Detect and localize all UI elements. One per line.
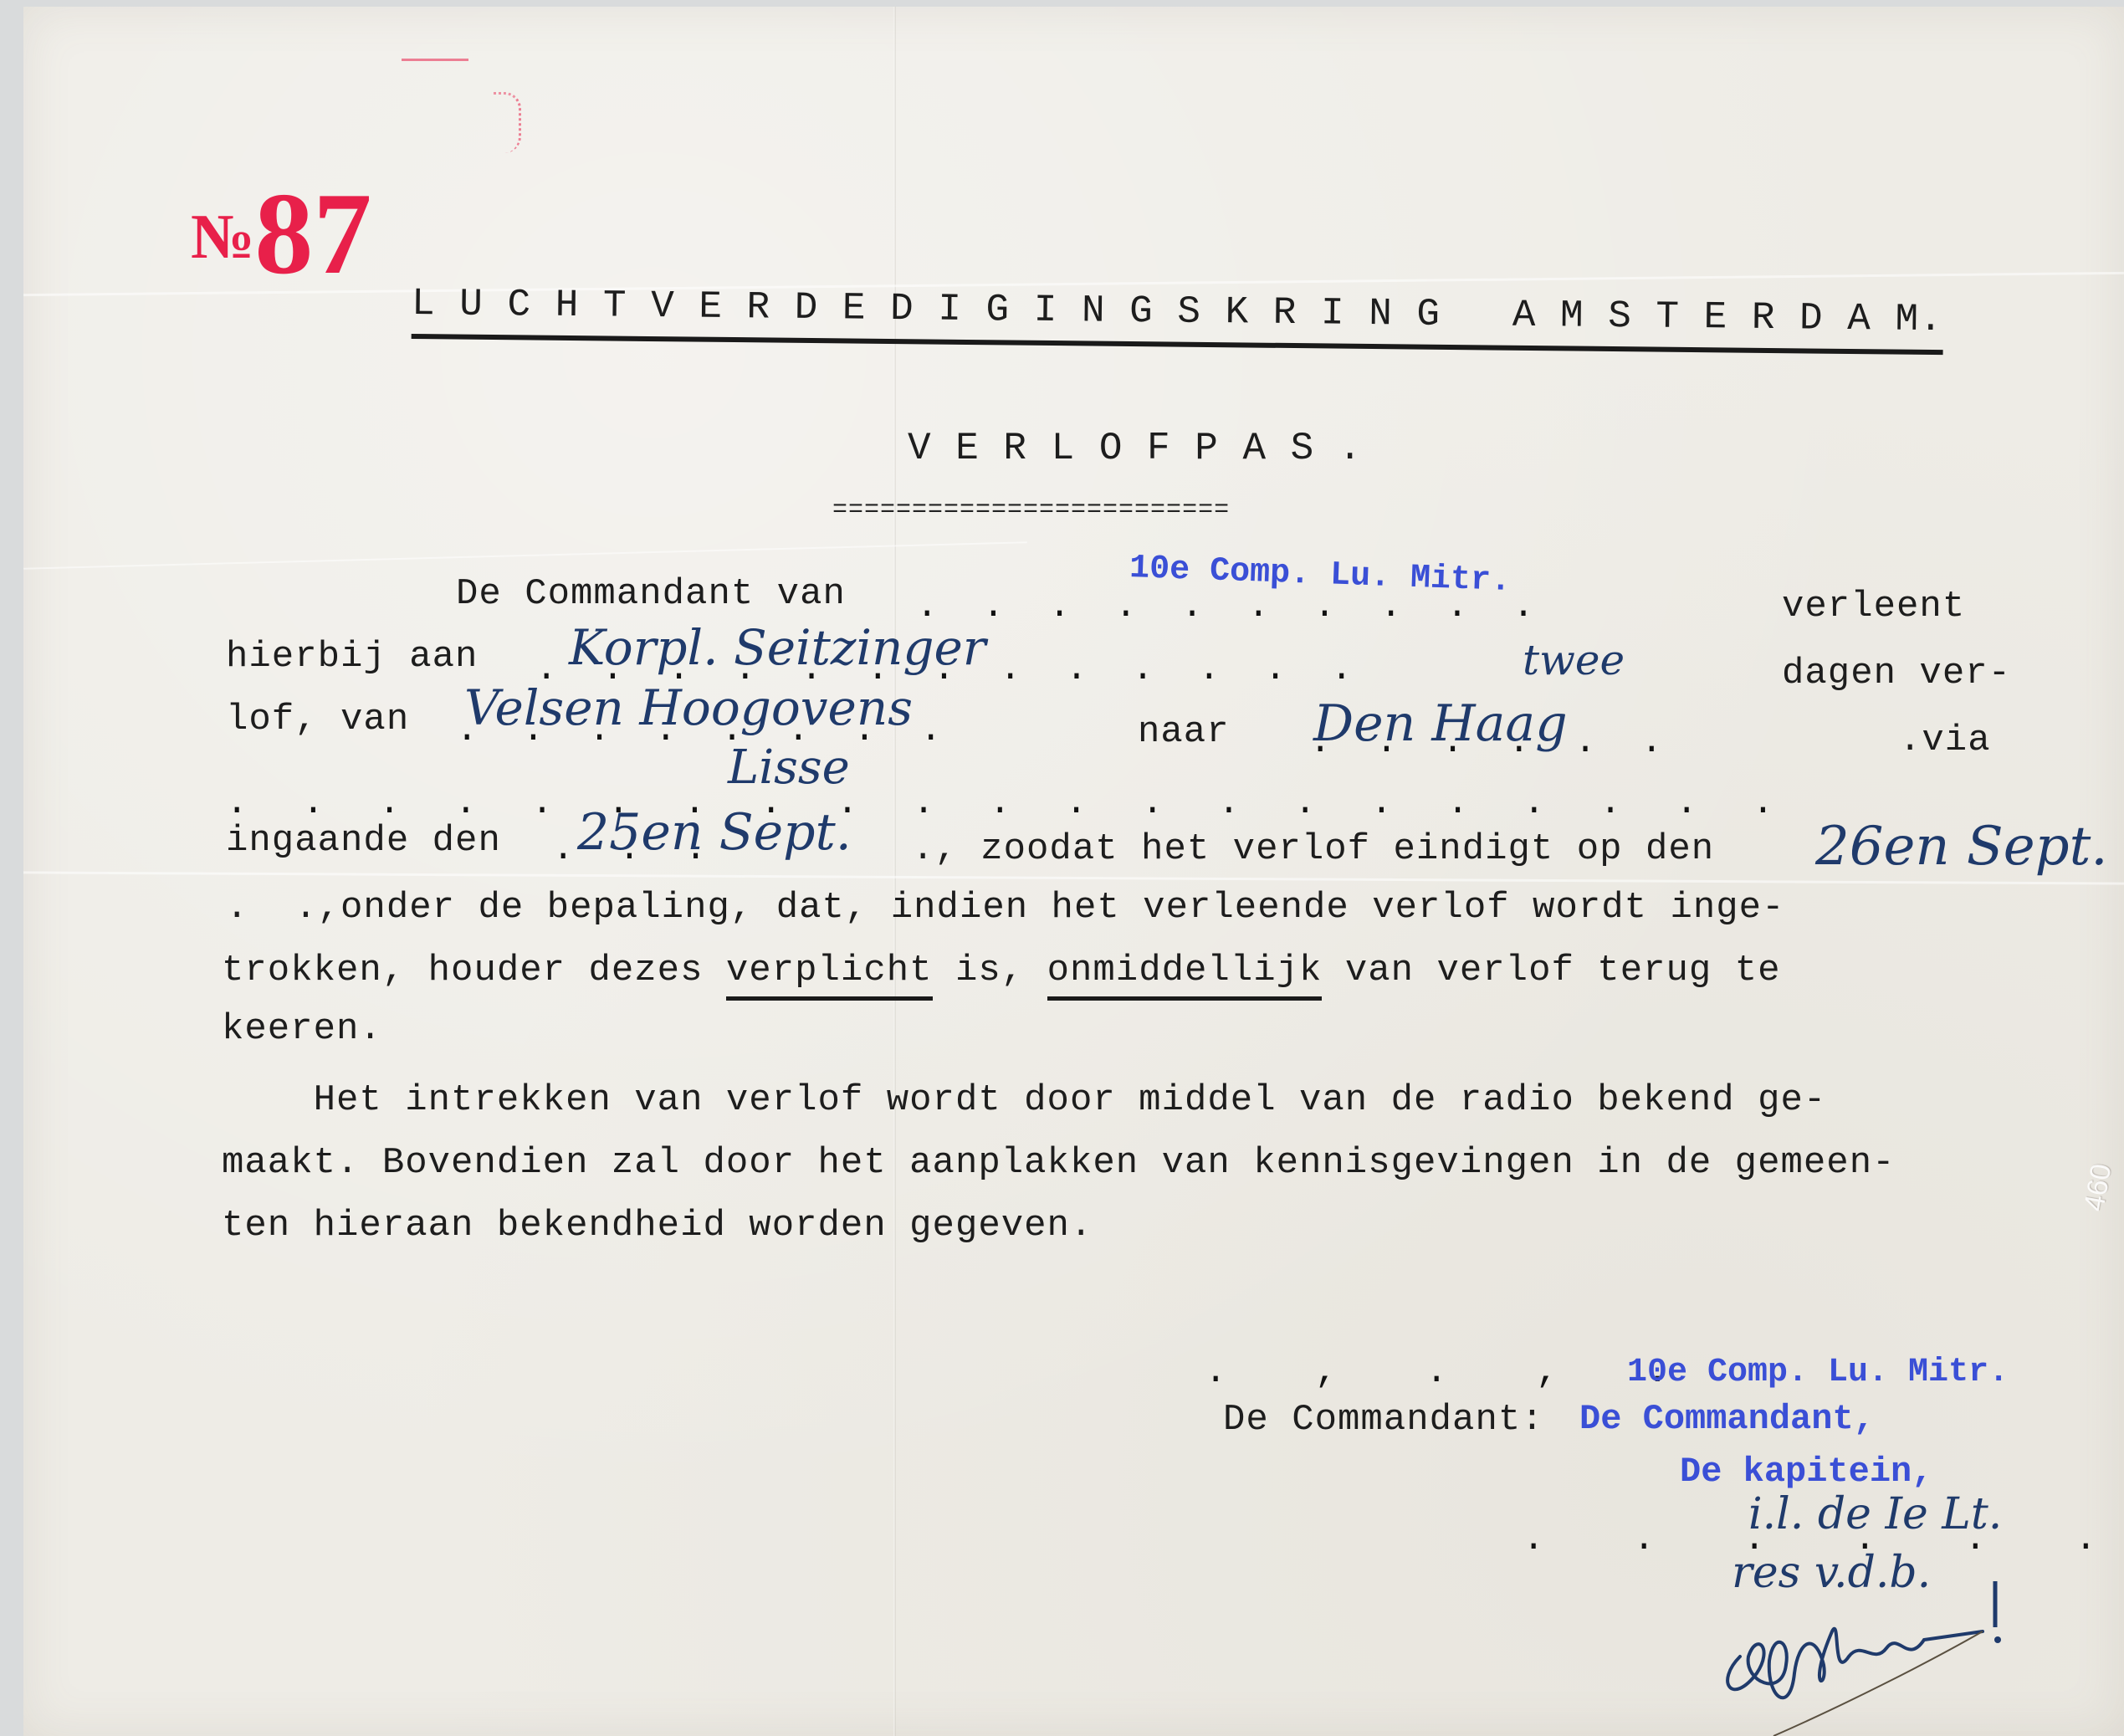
- handwritten-end-date: 26en Sept.: [1815, 816, 2108, 878]
- form-line-5-middle: ., zoodat het verlof eindigt op den: [912, 828, 1714, 870]
- handwritten-origin: Velsen Hoogovens: [464, 679, 913, 736]
- form-line-3-prefix: lof, van: [226, 699, 409, 740]
- handwritten-days: twee: [1523, 636, 1625, 684]
- signature-title-stamp: De Commandant,: [1579, 1399, 1875, 1439]
- document-title: V E R L O F P A S .: [908, 427, 1363, 470]
- document-number: 87: [254, 169, 371, 299]
- form-line-2-prefix: hierbij aan: [226, 636, 478, 678]
- signature-unit-stamp: 10e Comp. Lu. Mitr.: [1627, 1354, 2009, 1391]
- organization-header: L U C H T V E R D E D I G I N G S K R I …: [364, 238, 1943, 339]
- paragraph-2-line-3: ten hieraan bekendheid worden gegeven.: [222, 1205, 1093, 1247]
- handwritten-signature-line-1: i.l. de Ie Lt.: [1748, 1489, 2002, 1539]
- number-sign: №: [191, 202, 254, 272]
- signature-dots-top: . , . , .: [1205, 1351, 1669, 1393]
- form-line-5-prefix: ingaande den: [226, 820, 501, 862]
- title-underline: =========================: [832, 481, 1230, 528]
- handwritten-via: Lisse: [728, 740, 850, 795]
- fold-crease: [23, 541, 1027, 569]
- signature-flourish-icon: [1707, 1581, 2058, 1736]
- form-line-8: keeren.: [222, 1008, 382, 1050]
- handwritten-destination: Den Haag: [1313, 694, 1568, 753]
- form-line-2-suffix: dagen ver-: [1782, 653, 2011, 694]
- document-number-stamp: №87: [132, 59, 371, 295]
- form-line-1-prefix: De Commandant van: [456, 573, 846, 615]
- line-7-text: is,: [933, 950, 1047, 991]
- line-7-text: trokken, houder dezes: [222, 950, 726, 991]
- handwritten-start-date: 25en Sept.: [577, 803, 852, 862]
- title-underline-row: =========================: [832, 504, 1230, 516]
- form-line-3-naar: naar: [1138, 711, 1230, 753]
- handwritten-name: Korpl. Seitzinger: [569, 619, 986, 676]
- fold-crease: [23, 871, 2124, 884]
- form-line-4-dots: . . . . . . . . . . . . . . . . . . . . …: [226, 782, 1778, 824]
- form-line-3-suffix: .via: [1899, 719, 1991, 761]
- line-7-text: van verlof terug te: [1322, 950, 1780, 991]
- signature-label: De Commandant:: [1223, 1399, 1544, 1441]
- stamp-mark: [494, 92, 521, 153]
- form-line-7: trokken, houder dezes verplicht is, onmi…: [222, 950, 1781, 991]
- paragraph-2-line-1: Het intrekken van verlof wordt door midd…: [222, 1079, 1826, 1121]
- underlined-onmiddellijk: onmiddellijk: [1047, 950, 1323, 1001]
- paragraph-2-line-2: maakt. Bovendien zal door het aanplakken…: [222, 1142, 1896, 1184]
- form-line-1-suffix: verleent: [1782, 586, 1965, 627]
- underlined-verplicht: verplicht: [726, 950, 933, 1001]
- form-line-6: . .,onder de bepaling, dat, indien het v…: [226, 887, 1785, 929]
- stamp-mark: [402, 59, 468, 61]
- signature-rank-stamp: De kapitein,: [1680, 1452, 1932, 1492]
